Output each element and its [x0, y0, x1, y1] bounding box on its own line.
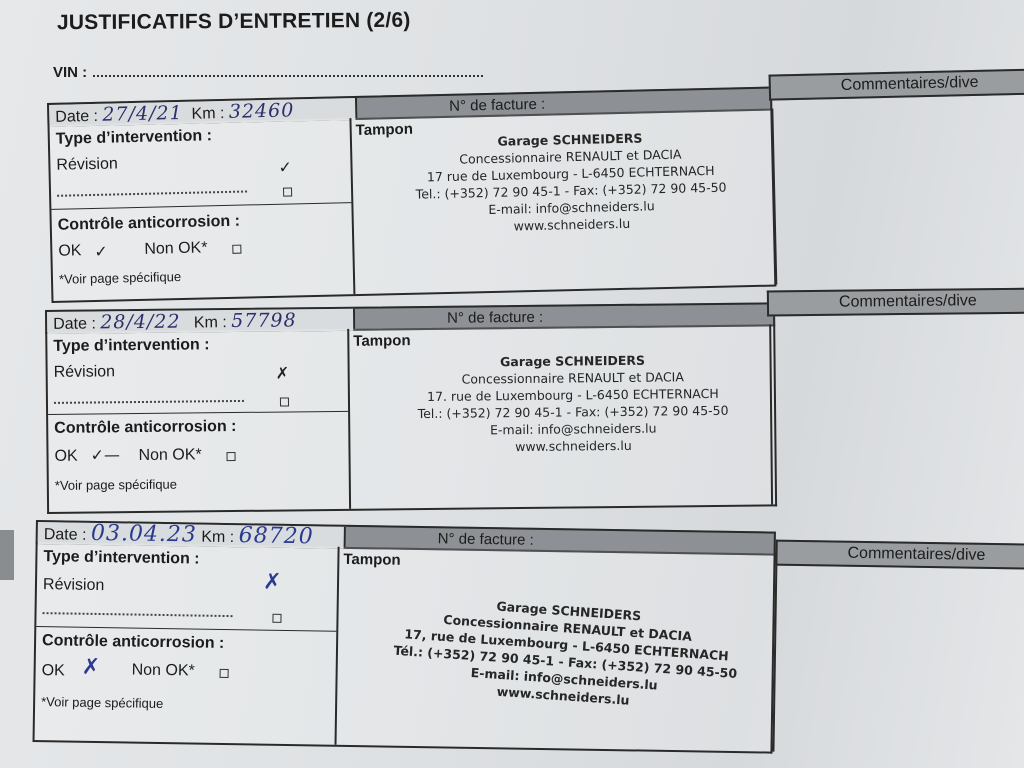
page-title: JUSTIFICATIFS D’ENTRETIEN (2/6)	[57, 9, 411, 35]
ok-checkmark-icon[interactable]: ✓—	[90, 445, 120, 464]
anticorrosion-label: Contrôle anticorrosion :	[42, 632, 224, 653]
intervention-panel: Type d’intervention : Révision ✓ Contrôl…	[49, 118, 355, 301]
invoice-label: N° de facture :	[447, 309, 543, 327]
other-intervention-blank	[57, 190, 247, 196]
ok-label: OK	[58, 242, 82, 261]
type-intervention-label: Type d’intervention :	[53, 336, 209, 356]
stamp-line: www.schneiders.lu	[383, 435, 763, 456]
entry-body: Type d’intervention : Révision ✓ Contrôl…	[47, 109, 776, 303]
entry-body: Type d’intervention : Révision ✗ Contrôl…	[45, 324, 777, 514]
comments-header: Commentaires/dive	[767, 287, 1024, 316]
other-checkbox[interactable]	[283, 187, 292, 196]
type-intervention-label: Type d’intervention :	[43, 548, 199, 568]
revision-checkmark-icon[interactable]: ✓	[278, 157, 292, 176]
type-intervention-label: Type d’intervention :	[56, 127, 213, 149]
date-label: Date :	[44, 526, 87, 544]
section-divider	[36, 626, 336, 632]
revision-label: Révision	[56, 155, 118, 174]
km-label: Km :	[194, 314, 227, 331]
entry-body: Type d’intervention : Révision ✗ Contrôl…	[33, 542, 776, 754]
maintenance-record-page: JUSTIFICATIFS D’ENTRETIEN (2/6) VIN : Da…	[0, 0, 1024, 768]
other-checkbox[interactable]	[272, 614, 281, 623]
non-ok-checkbox[interactable]	[232, 245, 241, 254]
anticorrosion-label: Contrôle anticorrosion :	[54, 418, 236, 438]
section-divider	[48, 411, 348, 415]
non-ok-checkbox[interactable]	[220, 669, 229, 678]
intervention-panel: Type d’intervention : Révision ✗ Contrôl…	[35, 542, 340, 745]
comments-column-border	[771, 109, 777, 285]
comments-column-border	[772, 554, 777, 752]
footnote: *Voir page spécifique	[55, 477, 177, 493]
garage-stamp: Garage SCHNEIDERS Concessionnaire RENAUL…	[380, 127, 762, 238]
non-ok-label: Non OK*	[144, 239, 208, 258]
vin-blank	[93, 65, 483, 77]
other-checkbox[interactable]	[280, 397, 289, 406]
stamp-label: Tampon	[343, 551, 400, 569]
non-ok-label: Non OK*	[132, 662, 195, 681]
invoice-label: N° de facture :	[438, 530, 534, 549]
footnote: *Voir page spécifique	[59, 269, 181, 287]
intervention-panel: Type d’intervention : Révision ✗ Contrôl…	[47, 329, 351, 512]
garage-stamp: Garage SCHNEIDERS Concessionnaire RENAUL…	[382, 350, 763, 456]
vin-field: VIN :	[53, 64, 483, 81]
non-ok-checkbox[interactable]	[226, 452, 235, 461]
ok-label: OK	[54, 448, 77, 466]
ok-checkmark-icon[interactable]: ✗	[81, 655, 100, 680]
revision-label: Révision	[43, 576, 105, 595]
revision-checkmark-icon[interactable]: ✗	[263, 570, 282, 595]
vin-label: VIN :	[53, 64, 87, 81]
revision-checkmark-icon[interactable]: ✗	[276, 363, 290, 382]
comments-header: Commentaires/dive	[769, 68, 1024, 101]
km-label: Km :	[191, 105, 224, 123]
ok-label: OK	[41, 662, 64, 680]
comments-header: Commentaires/dive	[775, 540, 1024, 571]
section-divider	[51, 202, 351, 210]
other-intervention-blank	[43, 612, 233, 617]
stamp-label: Tampon	[353, 332, 410, 350]
revision-label: Révision	[54, 363, 116, 382]
other-intervention-blank	[54, 400, 244, 404]
date-label: Date :	[53, 315, 96, 332]
invoice-label: N° de facture :	[449, 96, 545, 115]
non-ok-label: Non OK*	[138, 446, 201, 465]
footnote: *Voir page spécifique	[41, 694, 163, 711]
binder-edge	[0, 530, 14, 580]
km-label: Km :	[201, 529, 234, 547]
garage-stamp: Garage SCHNEIDERS Concessionnaire RENAUL…	[373, 590, 759, 718]
ok-checkmark-icon[interactable]: ✓	[94, 242, 108, 261]
comments-column-border	[769, 324, 773, 504]
anticorrosion-label: Contrôle anticorrosion :	[58, 213, 241, 235]
